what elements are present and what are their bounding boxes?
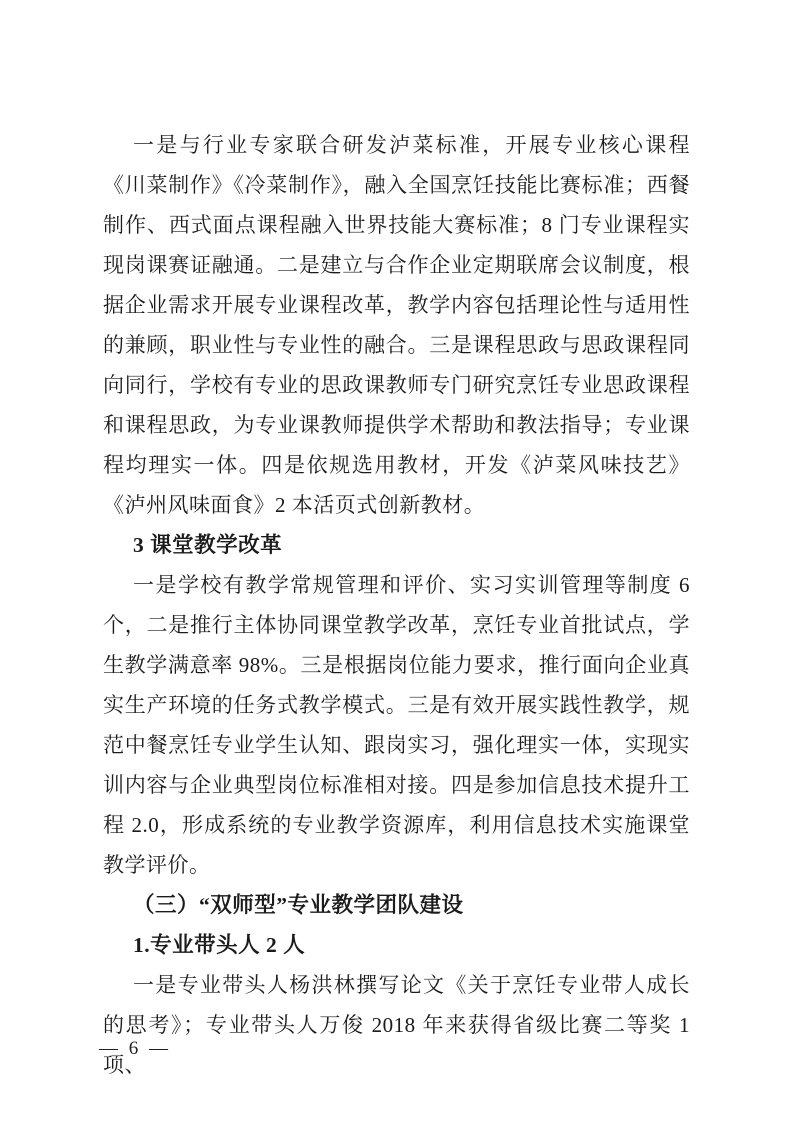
subsection-heading-program-leaders: 1.专业带头人 2 人 bbox=[103, 925, 690, 965]
page-number: — 6 — bbox=[99, 1036, 171, 1062]
document-content: 一是与行业专家联合研发泸菜标准，开展专业核心课程《川菜制作》《冷菜制作》，融入全… bbox=[103, 125, 690, 1085]
document-page: 一是与行业专家联合研发泸菜标准，开展专业核心课程《川菜制作》《冷菜制作》，融入全… bbox=[0, 0, 793, 1122]
paragraph-curriculum-standards: 一是与行业专家联合研发泸菜标准，开展专业核心课程《川菜制作》《冷菜制作》，融入全… bbox=[103, 125, 690, 525]
paragraph-program-leaders: 一是专业带头人杨洪林撰写论文《关于烹饪专业带人成长的思考》；专业带头人万俊 20… bbox=[103, 965, 690, 1085]
section-heading-dual-qualified-team: （三）“双师型”专业教学团队建设 bbox=[103, 885, 690, 925]
section-heading-classroom-teaching-reform: 3 课堂教学改革 bbox=[103, 525, 690, 565]
paragraph-classroom-teaching-reform: 一是学校有教学常规管理和评价、实习实训管理等制度 6 个，二是推行主体协同课堂教… bbox=[103, 565, 690, 885]
